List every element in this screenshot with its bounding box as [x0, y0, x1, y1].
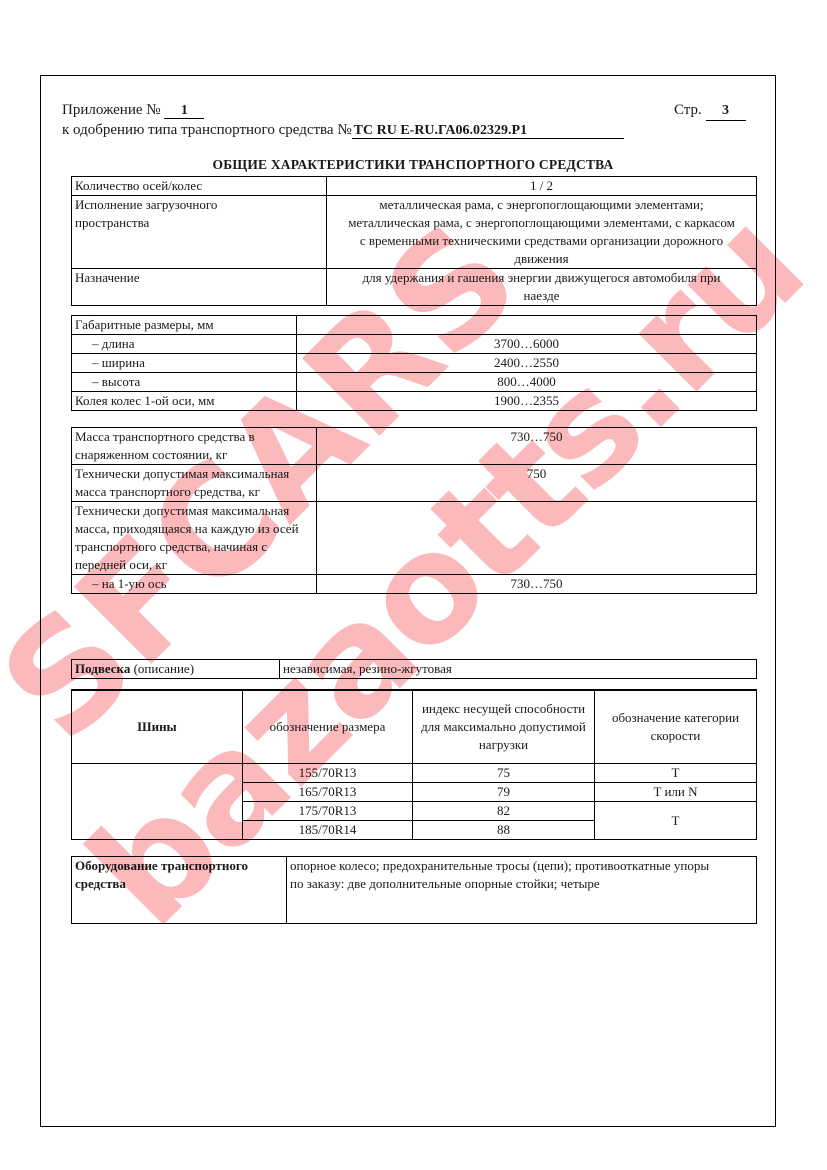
tire-load-index: 79	[413, 783, 595, 802]
row-value: 730…750	[317, 428, 757, 465]
row-value: 1900…2355	[297, 392, 757, 411]
tire-size: 165/70R13	[243, 783, 413, 802]
page-label: Стр.	[674, 102, 702, 118]
row-value: 2400…2550	[297, 354, 757, 373]
tire-load-index: 88	[413, 821, 595, 840]
tires-label: Шины	[72, 690, 243, 764]
column-header: обозначение размера	[243, 690, 413, 764]
row-label: Технически допустимая максимальная масса…	[72, 502, 317, 575]
row-value: опорное колесо; предохранительные тросы …	[287, 857, 757, 924]
table-row: – высота 800…4000	[72, 373, 757, 392]
document-title: ОБЩИЕ ХАРАКТЕРИСТИКИ ТРАНСПОРТНОГО СРЕДС…	[70, 157, 756, 173]
row-value: 800…4000	[297, 373, 757, 392]
page-number-line: Стр. 3	[674, 101, 746, 121]
equipment-line-2: по заказу: две дополнительные опорные ст…	[290, 875, 753, 893]
row-value: для удержания и гашения энергии движущег…	[327, 269, 757, 306]
mass-table: Масса транспортного средства в снаряженн…	[71, 427, 757, 594]
row-label: Технически допустимая максимальная масса…	[72, 465, 317, 502]
empty-cell	[72, 764, 243, 840]
approval-number: ТС RU E-RU.ГА06.02329.Р1	[352, 123, 624, 139]
page-number: 3	[706, 102, 746, 121]
table-row: Технически допустимая максимальная масса…	[72, 465, 757, 502]
column-header: обозначение категории скорости	[595, 690, 757, 764]
suspension-table: Подвеска (описание) независимая, резино-…	[71, 659, 757, 679]
row-label: – длина	[72, 335, 297, 354]
appendix-line: Приложение № 1	[62, 101, 204, 119]
row-label: Количество осей/колес	[72, 177, 327, 196]
row-label: – на 1-ую ось	[72, 575, 317, 594]
tire-speed-category: T	[595, 764, 757, 783]
tire-size: 155/70R13	[243, 764, 413, 783]
table-row: – на 1-ую ось 730…750	[72, 575, 757, 594]
row-label: – ширина	[72, 354, 297, 373]
appendix-number: 1	[164, 103, 204, 119]
row-value: 1 / 2	[327, 177, 757, 196]
table-row: Подвеска (описание) независимая, резино-…	[72, 660, 757, 679]
tires-table: Шины обозначение размера индекс несущей …	[71, 689, 757, 840]
row-value	[297, 316, 757, 335]
row-value	[317, 502, 757, 575]
row-label: Подвеска (описание)	[72, 660, 280, 679]
tire-size: 175/70R13	[243, 802, 413, 821]
row-label: Назначение	[72, 269, 327, 306]
tire-size: 185/70R14	[243, 821, 413, 840]
row-value: 750	[317, 465, 757, 502]
row-value: 3700…6000	[297, 335, 757, 354]
tire-load-index: 75	[413, 764, 595, 783]
equipment-line-1: опорное колесо; предохранительные тросы …	[290, 857, 753, 875]
equipment-table: Оборудование транспортного средства опор…	[71, 856, 757, 924]
table-row: Назначение для удержания и гашения энерг…	[72, 269, 757, 306]
general-table: Количество осей/колес 1 / 2 Исполнение з…	[71, 176, 757, 306]
table-row: – длина 3700…6000	[72, 335, 757, 354]
table-row: Оборудование транспортного средства опор…	[72, 857, 757, 924]
column-header: индекс несущей способности для максималь…	[413, 690, 595, 764]
tire-load-index: 82	[413, 802, 595, 821]
row-label: Колея колес 1-ой оси, мм	[72, 392, 297, 411]
row-value: независимая, резино-жгутовая	[280, 660, 757, 679]
suspension-label-rest: (описание)	[130, 661, 194, 676]
table-row: Колея колес 1-ой оси, мм 1900…2355	[72, 392, 757, 411]
row-label: Габаритные размеры, мм	[72, 316, 297, 335]
table-row: 155/70R13 75 T	[72, 764, 757, 783]
table-row: Исполнение загрузочного пространства мет…	[72, 196, 757, 269]
approval-label: к одобрению типа транспортного средства …	[62, 122, 352, 138]
row-label: Оборудование транспортного средства	[72, 857, 287, 924]
table-row: Количество осей/колес 1 / 2	[72, 177, 757, 196]
row-value: металлическая рама, с энергопоглощающими…	[327, 196, 757, 269]
suspension-label-bold: Подвеска	[75, 661, 130, 676]
row-label: Масса транспортного средства в снаряженн…	[72, 428, 317, 465]
row-label: Исполнение загрузочного пространства	[72, 196, 327, 269]
table-row: Габаритные размеры, мм	[72, 316, 757, 335]
table-header-row: Шины обозначение размера индекс несущей …	[72, 690, 757, 764]
tire-speed-category: T	[595, 802, 757, 840]
appendix-label: Приложение №	[62, 102, 161, 118]
tire-speed-category: T или N	[595, 783, 757, 802]
table-row: Технически допустимая максимальная масса…	[72, 502, 757, 575]
dimensions-table: Габаритные размеры, мм – длина 3700…6000…	[71, 315, 757, 411]
table-row: Масса транспортного средства в снаряженн…	[72, 428, 757, 465]
row-label: – высота	[72, 373, 297, 392]
approval-line: к одобрению типа транспортного средства …	[62, 121, 624, 139]
table-row: – ширина 2400…2550	[72, 354, 757, 373]
row-value: 730…750	[317, 575, 757, 594]
